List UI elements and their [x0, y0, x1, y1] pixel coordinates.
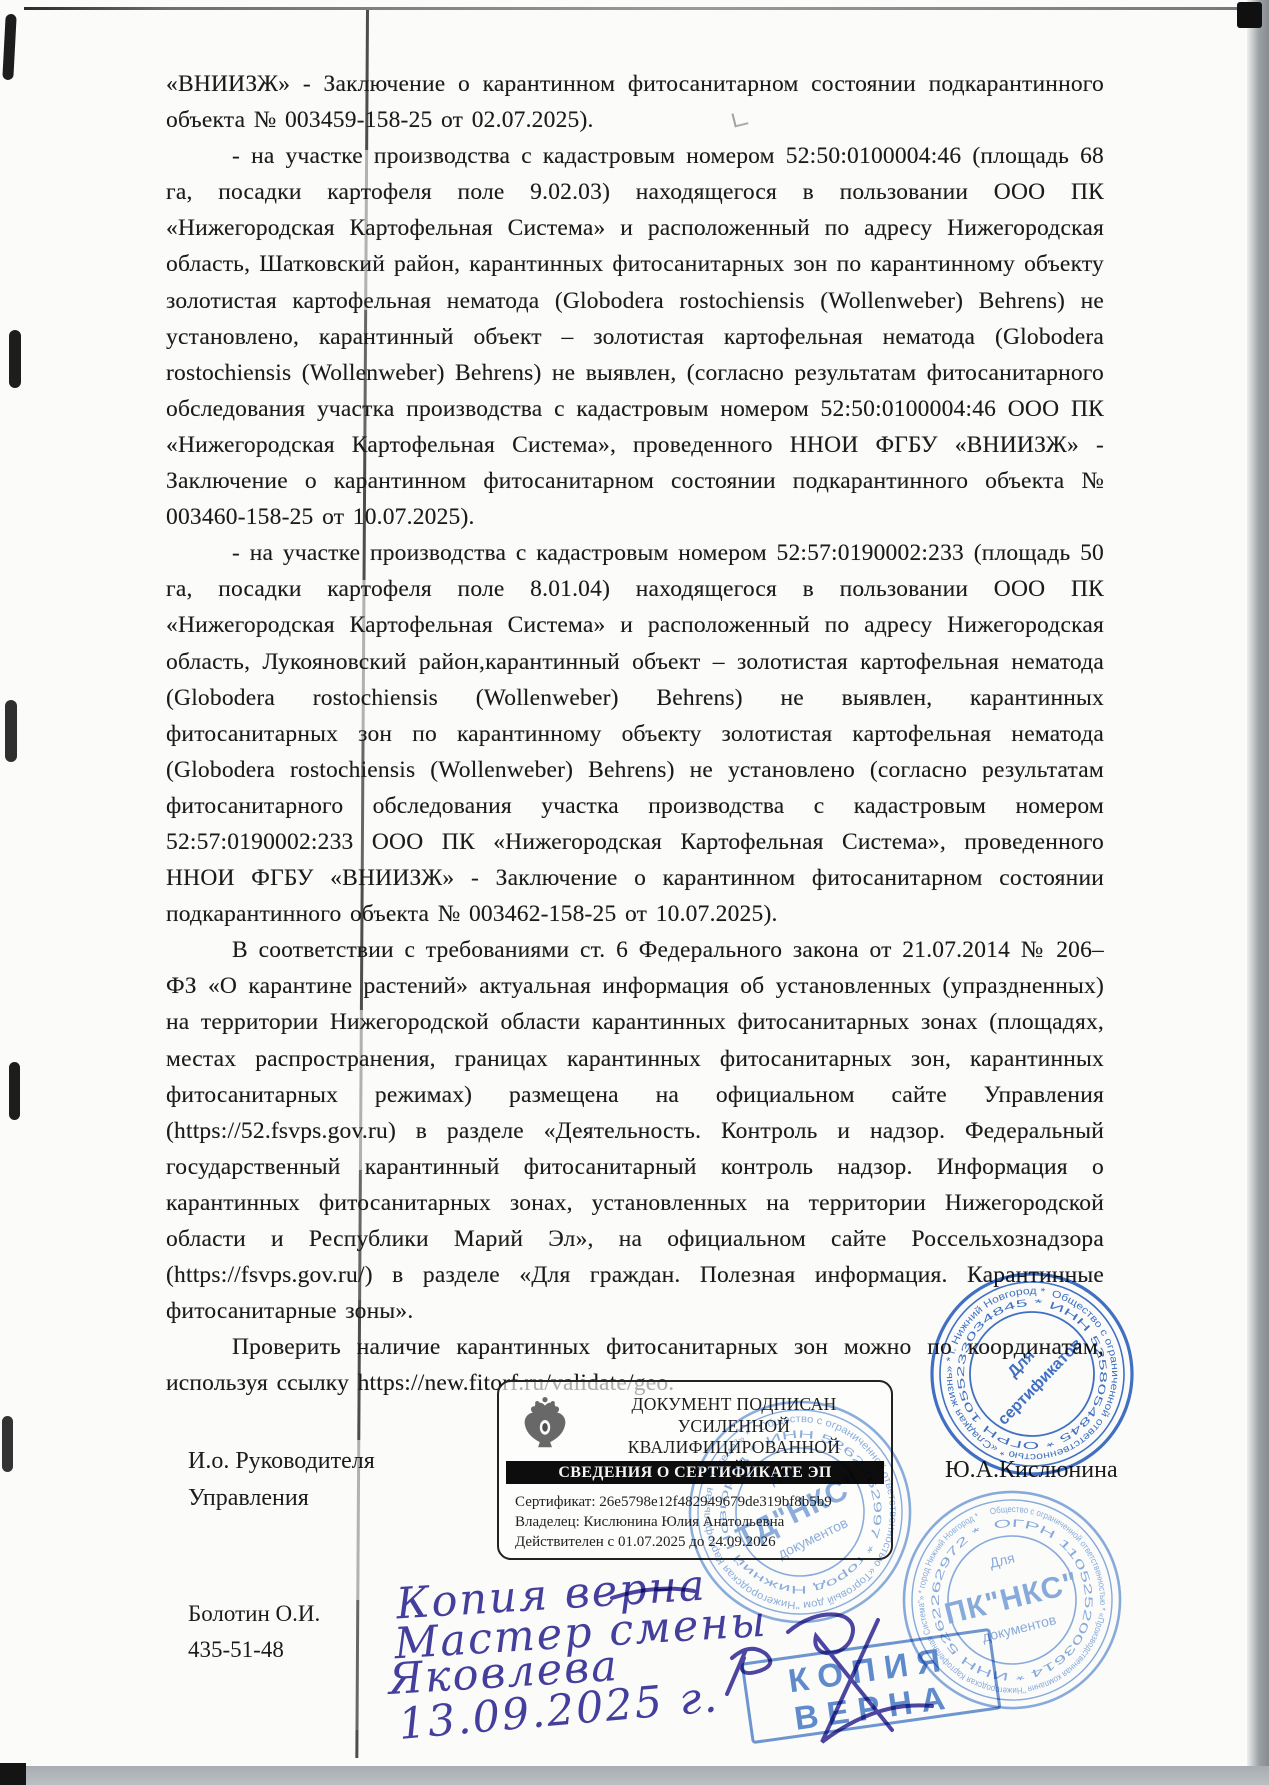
scan-artifact-corner-top-right	[1237, 2, 1262, 28]
executor-contact: Болотин О.И. 435-51-48	[188, 1596, 320, 1668]
signer-position-line1: И.о. Руководителя	[188, 1443, 375, 1480]
scan-artifact-top-line	[24, 7, 1248, 10]
signer-position-line2: Управления	[188, 1480, 375, 1517]
paragraph-continuation: «ВНИИЗЖ» - Заключение о карантинном фито…	[166, 66, 1104, 138]
executor-phone: 435-51-48	[188, 1632, 320, 1668]
scan-artifact-blob	[2, 1416, 13, 1472]
signer-position: И.о. Руководителя Управления	[188, 1443, 375, 1517]
scan-artifact-blob	[9, 1062, 20, 1120]
scanned-document-page: «ВНИИЗЖ» - Заключение о карантинном фито…	[0, 0, 1269, 1785]
state-eagle-icon	[519, 1394, 571, 1452]
stamp-center-text: сертификатов	[995, 1335, 1086, 1428]
paragraph-plot-2: - на участке производства с кадастровым …	[166, 535, 1104, 932]
round-stamp-sladkaya-zhizn: Общество с ограниченной ответственностью…	[926, 1268, 1138, 1485]
scan-artifact-blob	[5, 700, 17, 762]
executor-name: Болотин О.И.	[188, 1596, 320, 1632]
scan-artifact-corner-bottom-left	[0, 1763, 26, 1785]
scan-artifact-blob	[9, 330, 21, 388]
document-body: «ВНИИЗЖ» - Заключение о карантинном фито…	[166, 66, 1104, 1401]
stamp-center-text: Для	[767, 1462, 797, 1487]
signature-squiggle	[560, 1560, 1020, 1785]
certificate-label: Сертификат:	[515, 1494, 596, 1510]
paragraph-plot-1: - на участке производства с кадастровым …	[166, 138, 1104, 535]
scan-artifact-right-edge	[1247, 0, 1269, 1785]
owner-label: Владелец:	[515, 1514, 580, 1530]
scan-artifact-blob	[2, 14, 16, 80]
